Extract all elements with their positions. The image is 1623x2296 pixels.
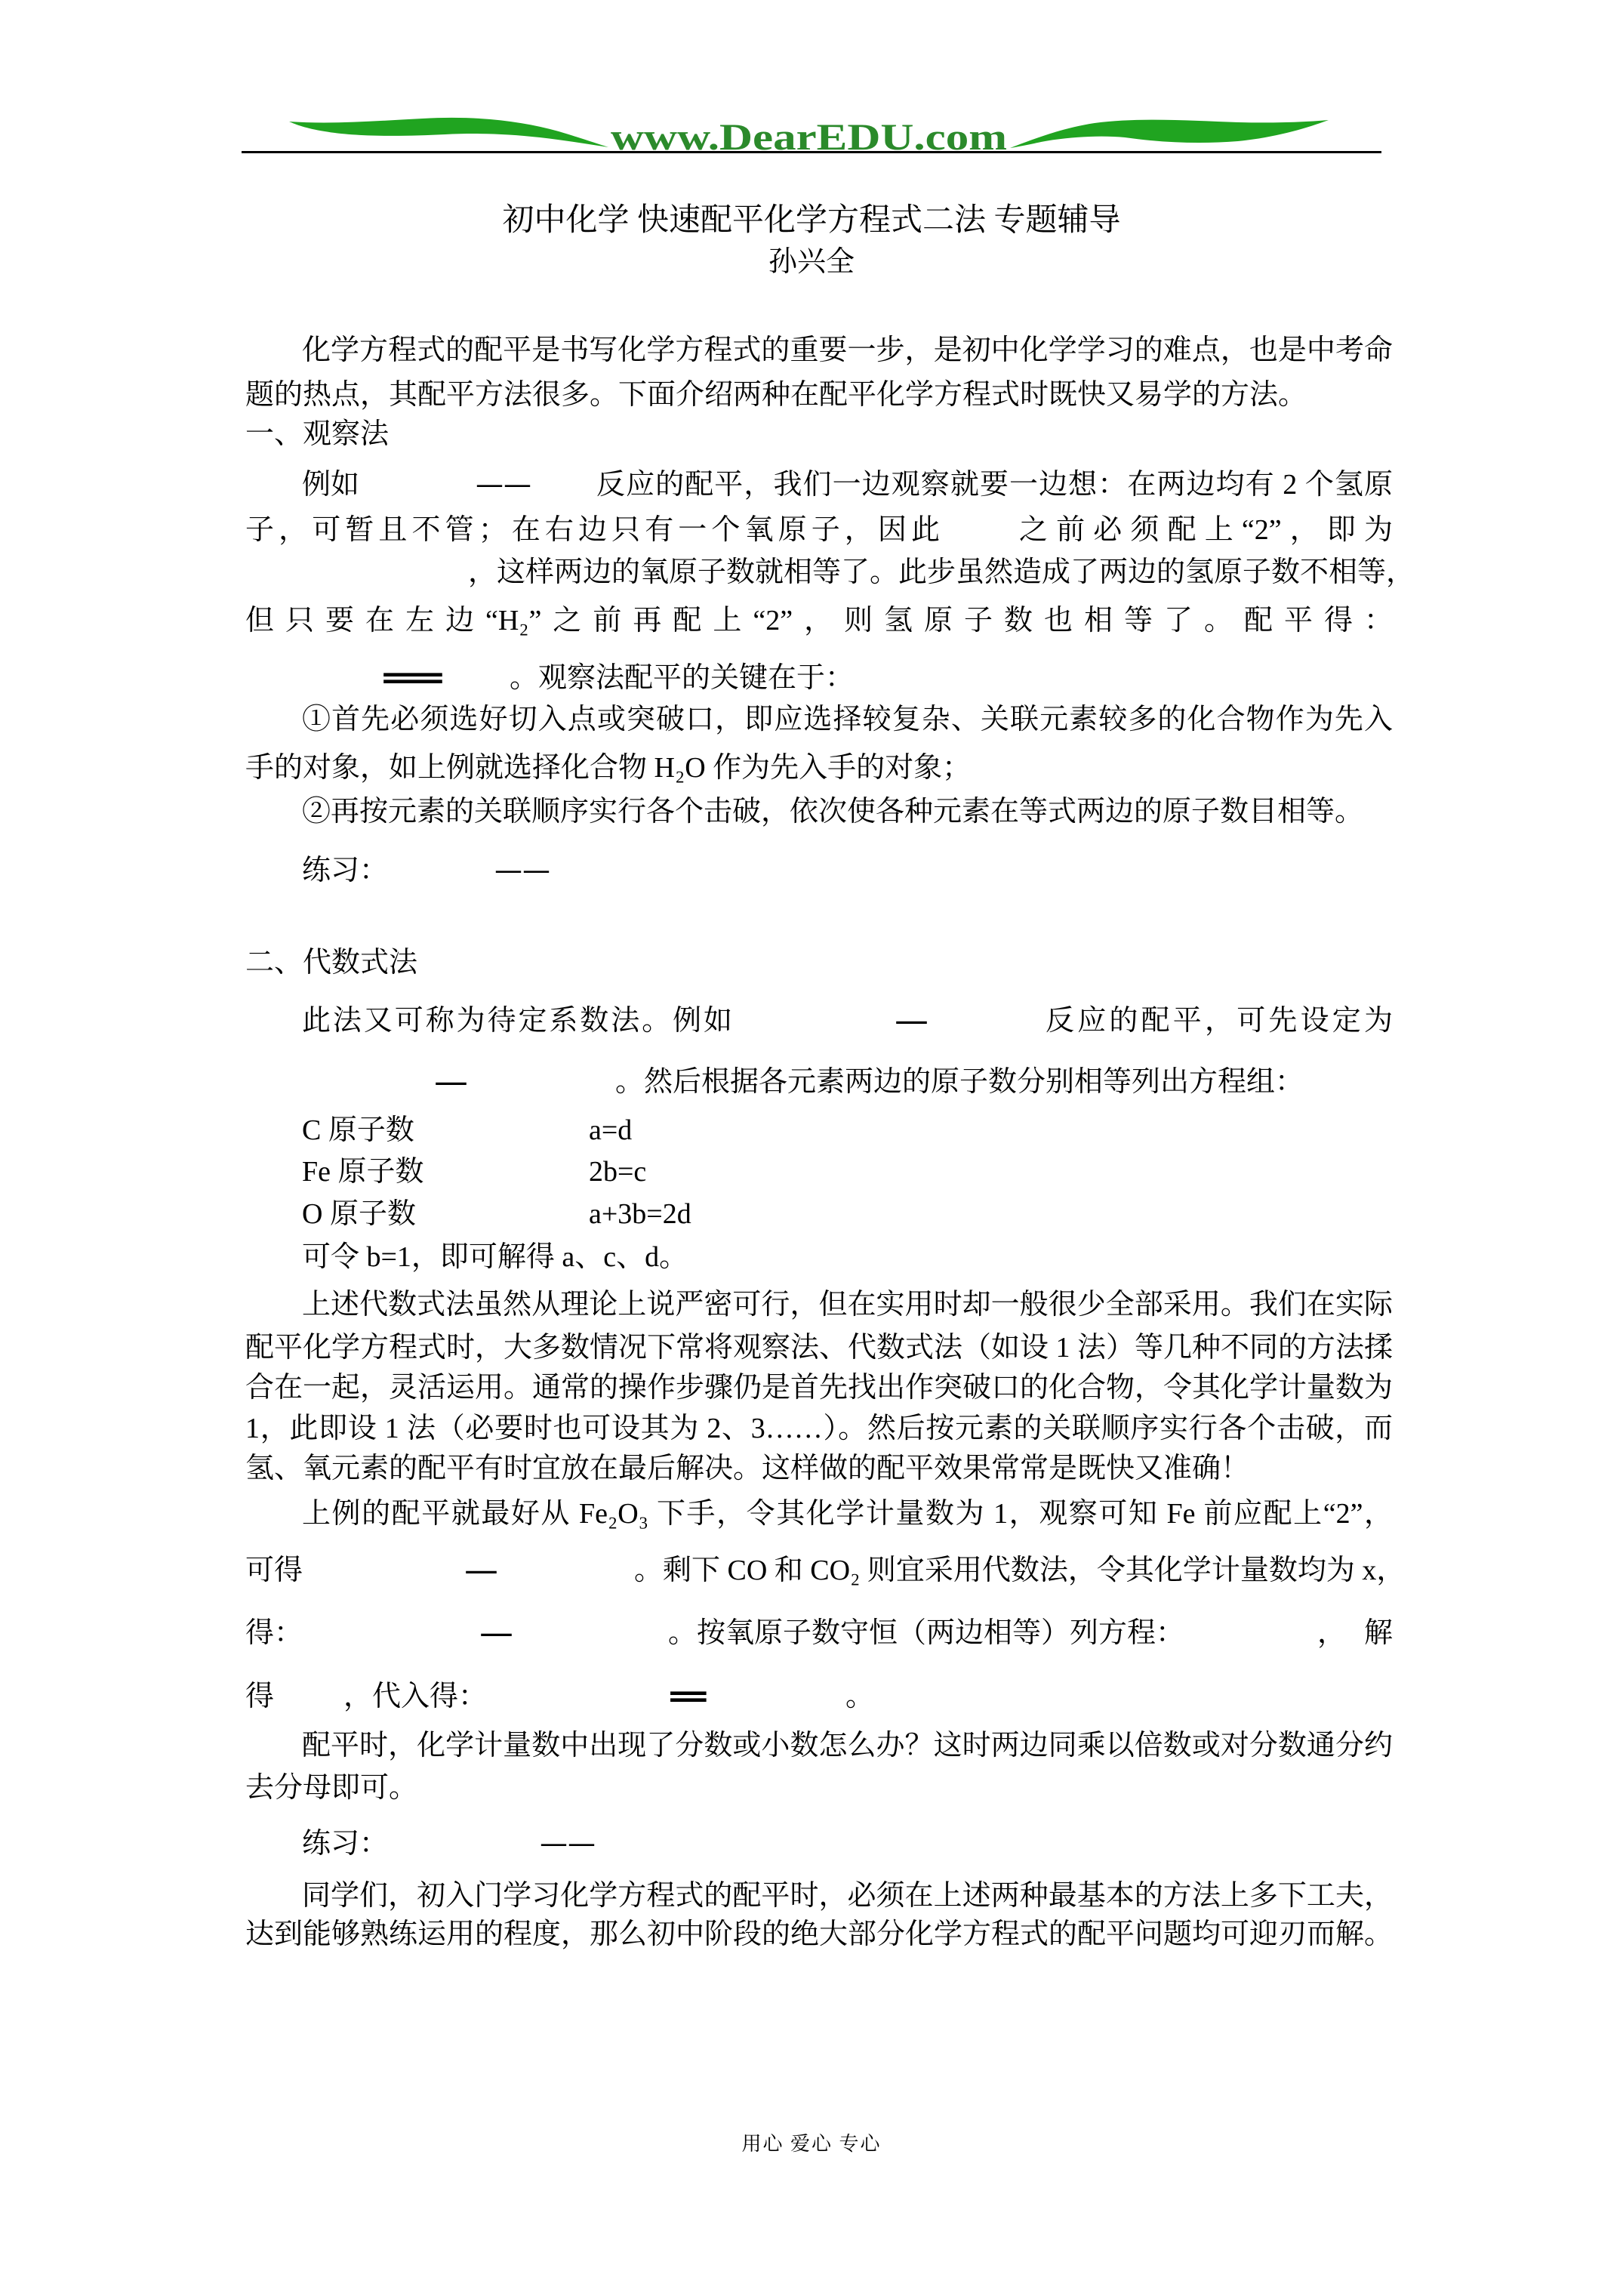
balanced-equals-sign: = [664,1680,713,1713]
text-segment: 反应的配平，可先设定为 [1046,1004,1393,1037]
intro-line: 题的热点，其配平方法很多。下面介绍两种在配平化学方程式时既快又易学的方法。 [245,378,1307,411]
logo-left-swoosh-icon [289,118,608,147]
text-segment: 得： [245,1616,303,1650]
equation-value: 2b=c [589,1155,646,1188]
text-line: 合在一起，灵活运用。通常的操作步骤仍是首先找出作突破口的化合物，令其化学计量数为 [245,1371,1393,1404]
balanced-equals-sign: = [374,661,452,695]
text-segment: 。剩下 CO 和 CO₂ 则宜采用代数法，令其化学计量数均为 x， [634,1554,1393,1587]
intro-line: 化学方程式的配平是书写化学方程式的重要一步，是初中化学学习的难点，也是中考命 [302,334,1393,367]
page-title: 初中化学 快速配平化学方程式二法 专题辅导 [0,202,1623,239]
page-footer: 用心 爱心 专心 [0,2132,1623,2156]
text-segment: 此法又可称为待定系数法。例如 [302,1004,732,1037]
text-segment: 反应的配平，我们一边观察就要一边想：在两边均有 2 个氢原 [596,468,1393,501]
list-item-1-cont: 手的对象，如上例就选择化合物 H₂O 作为先入手的对象； [245,751,971,784]
section-heading-observation: 一、观察法 [245,418,389,451]
document-page: www.DearEDU.com 初中化学 快速配平化学方程式二法 专题辅导 孙兴… [0,0,1623,2296]
text-segment: 。然后根据各元素两边的原子数分别相等列出方程组： [615,1065,1304,1099]
logo-right-swoosh-icon [1010,120,1329,148]
text-segment: 。观察法配平的关键在于： [510,661,854,695]
practice-label: 练习： [302,854,388,887]
closing-line: 同学们，初入门学习化学方程式的配平时，必须在上述两种最基本的方法上多下工夫， [302,1879,1393,1912]
text-segment: 。按氧原子数守恒（两边相等）列方程： [668,1616,1184,1650]
reaction-arrow-dash: — [479,1616,513,1650]
equation-label: O 原子数 [302,1197,416,1231]
equation-value: a=d [589,1114,632,1147]
equation-label: Fe 原子数 [302,1155,424,1188]
text-line: 去分母即可。 [245,1771,417,1804]
text-segment: 之前必须配上“2”，即为 [1019,513,1393,547]
practice-label: 练习： [302,1827,388,1860]
header-rule [242,151,1381,153]
text-segment: 例如 [302,468,359,501]
text-segment: 但只要在左边“H₂”之前再配上“2”，则氢原子数也相等了。配平得： [245,604,1393,637]
text-line: 可令 b=1，即可解得 a、c、d。 [302,1240,688,1274]
text-segment: ，解 [1317,1616,1393,1650]
text-line: 氢、氧元素的配平有时宜放在最后解决。这样做的配平效果常常是既快又准确！ [245,1452,1249,1485]
text-segment: ，这样两边的氧原子数就相等了。此步虽然造成了两边的氢原子数不相等， [468,556,1393,589]
closing-line: 达到能够熟练运用的程度，那么初中阶段的绝大部分化学方程式的配平问题均可迎刃而解。 [245,1918,1393,1951]
text-line: 1，此即设 1 法（必要时也可设其为 2、3……）。然后按元素的关联顺序实行各个… [245,1412,1393,1445]
reaction-arrow-dash: — [895,1004,929,1037]
equation-value: a+3b=2d [589,1197,691,1231]
text-line: 上述代数式法虽然从理论上说严密可行，但在实用时却一般很少全部采用。我们在实际 [302,1288,1393,1321]
list-item-2: ②再按元素的关联顺序实行各个击破，依次使各种元素在等式两边的原子数目相等。 [302,795,1363,828]
text-segment: 可得 [245,1554,303,1587]
author-name: 孙兴全 [0,245,1623,279]
text-line: 上例的配平就最好从 Fe₂O₃ 下手，令其化学计量数为 1，观察可知 Fe 前应… [302,1497,1393,1530]
reaction-arrow-dash: —— [540,1827,596,1860]
text-segment: 得 [245,1680,274,1713]
reaction-arrow-dash: — [434,1065,468,1099]
text-segment: 子，可暂且不管；在右边只有一个氧原子，因此 [245,513,940,547]
dearedu-logo: www.DearEDU.com [0,0,1623,174]
equation-label: C 原子数 [302,1114,414,1147]
text-segment: 。 [845,1680,874,1713]
text-segment: ，代入得： [343,1680,487,1713]
list-item-1: ①首先必须选好切入点或突破口，即应选择较复杂、关联元素较多的化合物作为先入 [302,703,1393,736]
section-heading-algebraic: 二、代数式法 [245,946,417,979]
reaction-arrow-dash: — [464,1554,498,1587]
reaction-arrow-dash: —— [494,854,550,887]
text-line: 配平时，化学计量数中出现了分数或小数怎么办？这时两边同乘以倍数或对分数通分约 [302,1729,1393,1762]
reaction-arrow-dash: —— [476,468,531,501]
text-line: 配平化学方程式时，大多数情况下常将观察法、代数式法（如设 1 法）等几种不同的方… [245,1331,1393,1364]
